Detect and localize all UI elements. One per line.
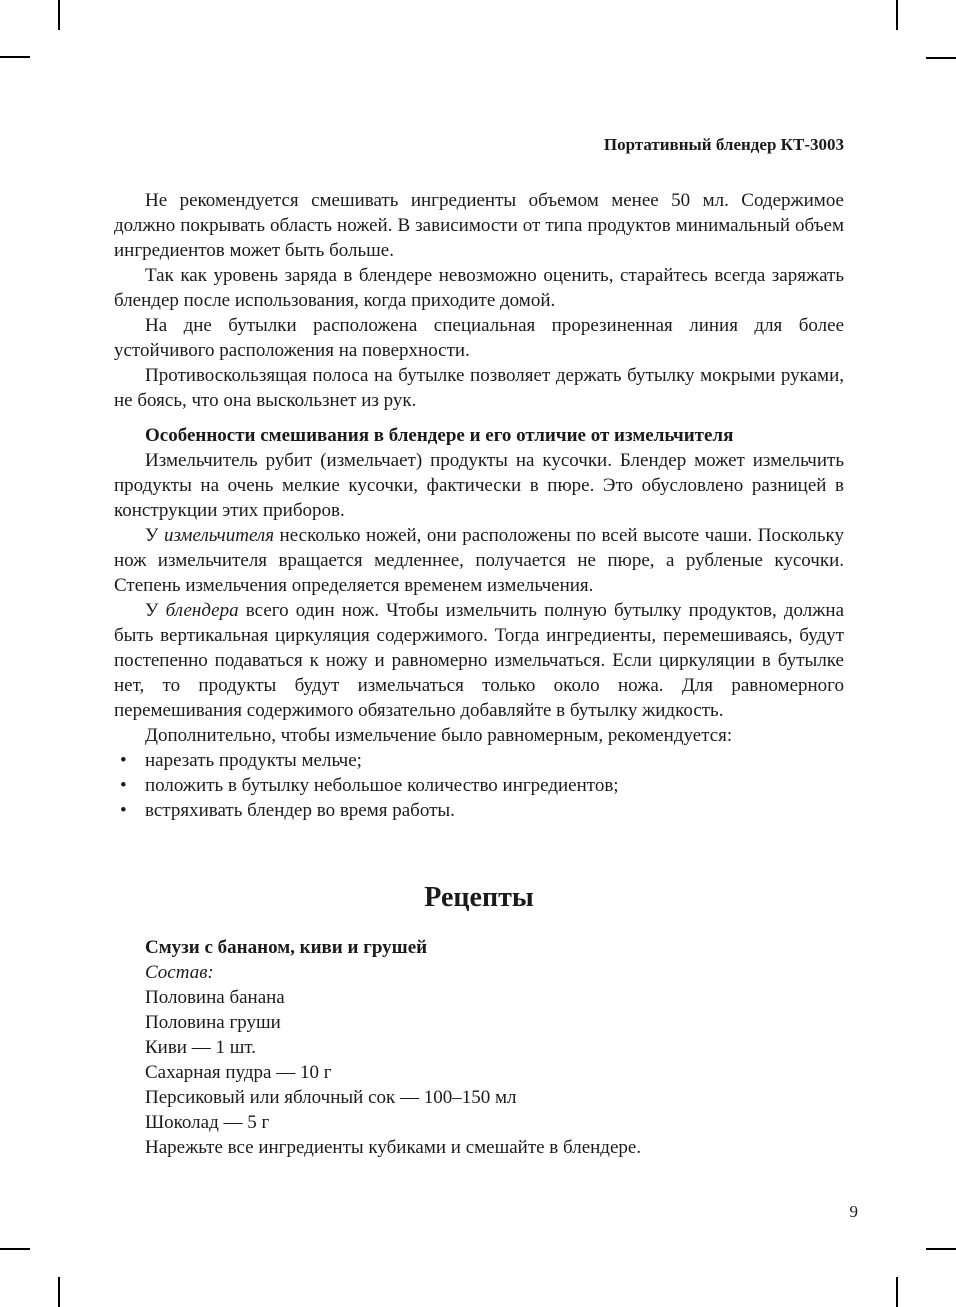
ingredient-line: Киви — 1 шт.: [114, 1035, 844, 1060]
manual-page: Портативный блендер КТ-3003 Не рекоменду…: [0, 0, 956, 1307]
list-item: •встряхивать блендер во время работы.: [114, 798, 844, 823]
ingredient-line: Шоколад — 5 г: [114, 1110, 844, 1135]
paragraph-text: У: [145, 600, 166, 621]
crop-mark-top-right-vertical: [896, 0, 898, 30]
recipe-title: Смузи с бананом, киви и грушей: [114, 935, 844, 960]
page-number: 9: [114, 1201, 858, 1223]
paragraph-blender-blade: У блендера всего один нож. Чтобы измельч…: [114, 598, 844, 723]
italic-term-chopper: измельчителя: [164, 525, 274, 546]
ingredient-line: Половина банана: [114, 985, 844, 1010]
crop-mark-bottom-left-vertical: [58, 1277, 60, 1307]
crop-mark-top-left-horizontal: [0, 56, 30, 58]
paragraph-chopper-blades: У измельчителя несколько ножей, они расп…: [114, 523, 844, 598]
bullet-icon: •: [120, 798, 127, 823]
paragraph-antislip-strip: Противоскользящая полоса на бутылке позв…: [114, 363, 844, 413]
ingredient-line: Персиковый или яблочный сок — 100–150 мл: [114, 1085, 844, 1110]
ingredient-line: Сахарная пудра — 10 г: [114, 1060, 844, 1085]
paragraph-chopper-vs-blender: Измельчитель рубит (измельчает) продукты…: [114, 448, 844, 523]
crop-mark-top-right-horizontal: [926, 57, 956, 59]
running-header: Портативный блендер КТ-3003: [114, 135, 844, 155]
crop-mark-bottom-left-horizontal: [0, 1248, 30, 1250]
instruction-line: Нарежьте все ингредиенты кубиками и смеш…: [114, 1135, 844, 1160]
list-item: •положить в бутылку небольшое количество…: [114, 773, 844, 798]
paragraph-text: У: [145, 525, 164, 546]
list-item: •нарезать продукты мельче;: [114, 748, 844, 773]
list-item-text: нарезать продукты мельче;: [145, 750, 362, 771]
bullet-icon: •: [120, 748, 127, 773]
paragraph-min-volume: Не рекомендуется смешивать ингредиенты о…: [114, 188, 844, 263]
paragraph-charge-level: Так как уровень заряда в блендере невозм…: [114, 263, 844, 313]
paragraph-rubber-line: На дне бутылки расположена специальная п…: [114, 313, 844, 363]
list-item-text: положить в бутылку небольшое количество …: [145, 775, 619, 796]
crop-mark-bottom-right-horizontal: [926, 1248, 956, 1250]
recipes-section-title: Рецепты: [114, 877, 844, 919]
section-heading: Особенности смешивания в блендере и его …: [114, 423, 844, 448]
text-block: Не рекомендуется смешивать ингредиенты о…: [114, 188, 844, 1160]
italic-term-blender: блендера: [166, 600, 239, 621]
list-item-text: встряхивать блендер во время работы.: [145, 800, 455, 821]
paragraph-recommendations-intro: Дополнительно, чтобы измельчение было ра…: [114, 723, 844, 748]
composition-label: Состав:: [114, 960, 844, 985]
recipe-block: Смузи с бананом, киви и грушей Состав: П…: [114, 935, 844, 1160]
bullet-icon: •: [120, 773, 127, 798]
crop-mark-top-left-vertical: [58, 0, 60, 30]
ingredient-line: Половина груши: [114, 1010, 844, 1035]
recommendations-list: •нарезать продукты мельче; •положить в б…: [114, 748, 844, 823]
crop-mark-bottom-right-vertical: [896, 1277, 898, 1307]
